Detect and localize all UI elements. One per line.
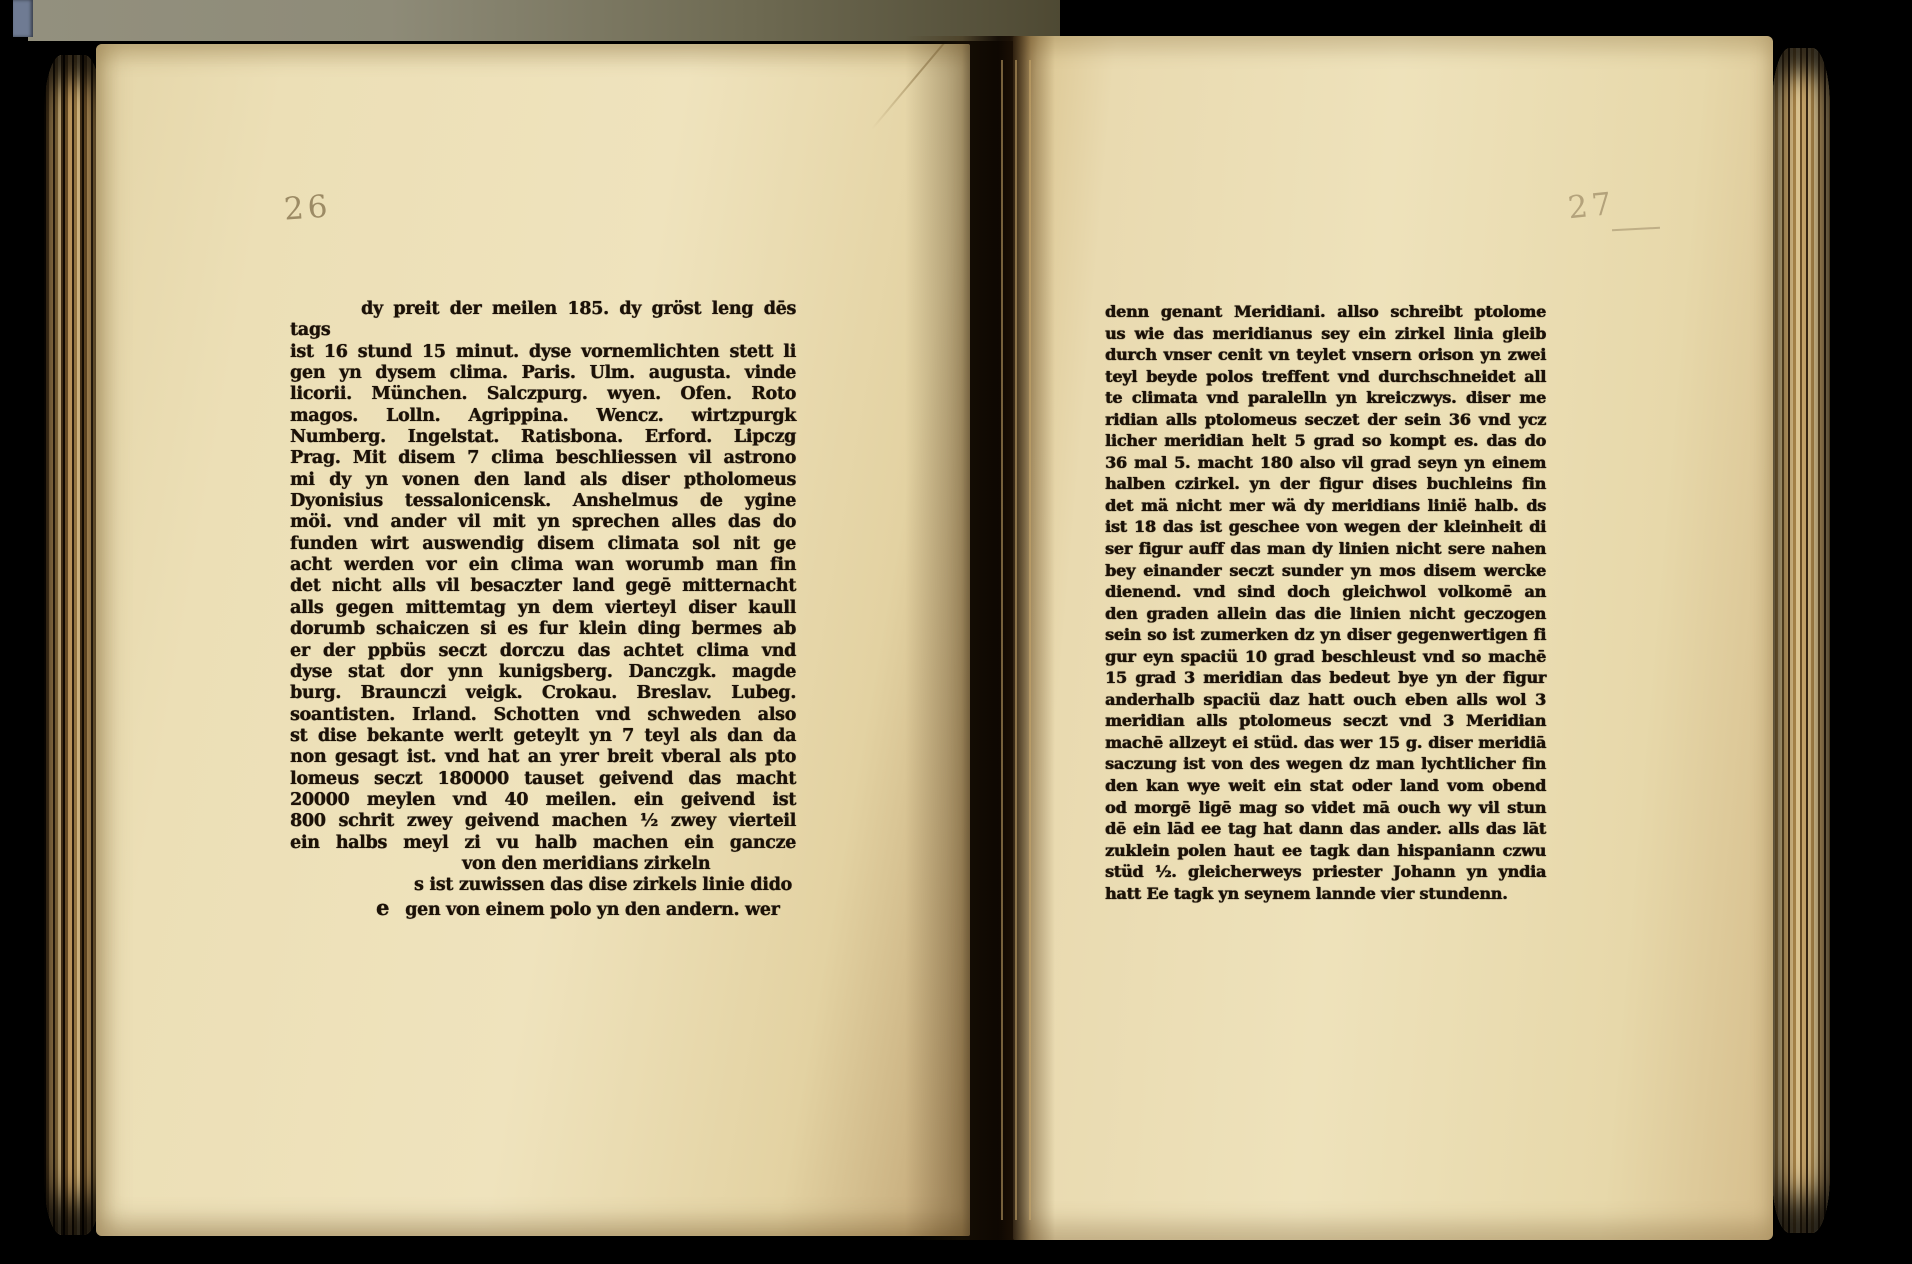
text-line: dorumb schaiczen si es fur klein ding be… (290, 619, 796, 640)
text-line: licher meridian helt 5 grad so kompt es.… (1105, 430, 1546, 452)
text-line: durch vnser cenit vn teylet vnsern oriso… (1105, 344, 1546, 366)
text-line: od morgē ligē mag so videt mā ouch wy vi… (1105, 797, 1546, 819)
right-page-text: denn genant Meridiani. allso schreibt pt… (1105, 301, 1546, 904)
text-line: den graden allein das die linien nicht g… (1105, 603, 1546, 625)
text-line: ser figur auff das man dy linien nicht s… (1105, 538, 1546, 560)
text-line: Dyonisius tessalonicensk. Anshelmus de y… (290, 491, 796, 512)
text-line: dē ein lād ee tag hat dann das ander. al… (1105, 818, 1546, 840)
text-line: anderhalb spaciü daz hatt ouch eben alls… (1105, 689, 1546, 711)
text-line: us wie das meridianus sey ein zirkel lin… (1105, 323, 1546, 345)
text-line: ein halbs meyl zi vu halb machen ein gan… (290, 833, 796, 854)
left-page-stack-edges (44, 55, 102, 1235)
table-surface-strip (28, 0, 1060, 41)
text-line: mi dy yn vonen den land als diser ptholo… (290, 470, 796, 491)
text-line: ist 16 stund 15 minut. dyse vornemlichte… (290, 342, 796, 363)
right-paragraph: denn genant Meridiani. allso schreibt pt… (1105, 301, 1546, 904)
text-line: non gesagt ist. vnd hat an yrer breit vb… (290, 747, 796, 768)
text-line: möi. vnd ander vil mit yn sprechen alles… (290, 512, 796, 533)
section-heading: von den meridians zirkeln (290, 854, 796, 875)
text-line: zuklein polen haut ee tagk dan hispanian… (1105, 840, 1546, 862)
text-line: det nicht alls vil besaczter land gegē m… (290, 576, 796, 597)
blue-edge-tab (13, 0, 33, 37)
lombard-initial: e (376, 897, 389, 918)
text-line: s ist zuwissen das dise zirkels linie di… (414, 875, 796, 896)
text-line: ridian alls ptolomeus seczet der sein 36… (1105, 409, 1546, 431)
text-line: gen yn dysem clima. Paris. Ulm. augusta.… (290, 363, 796, 384)
text-line: det mä nicht mer wä dy meridians linië h… (1105, 495, 1546, 517)
text-line: gur eyn spaciü 10 grad beschleust vnd so… (1105, 646, 1546, 668)
pencil-folio-left: 26 (283, 188, 333, 227)
text-line: lomeus seczt 180000 tauset geivend das m… (290, 769, 796, 790)
text-line: acht werden vor ein clima wan worumb man… (290, 555, 796, 576)
text-line: st dise bekante werlt geteylt yn 7 teyl … (290, 726, 796, 747)
text-line: machē allzeyt ei stüd. das wer 15 g. dis… (1105, 732, 1546, 754)
text-line: dy preit der meilen 185. dy gröst leng d… (290, 299, 796, 342)
text-line: funden wirt auswendig disem climata sol … (290, 534, 796, 555)
text-line: ist 18 das ist geschee von wegen der kle… (1105, 516, 1546, 538)
left-page-text: dy preit der meilen 185. dy gröst leng d… (290, 299, 796, 921)
text-line: Prag. Mit disem 7 clima beschliessen vil… (290, 448, 796, 469)
right-page-stack-edges (1772, 48, 1830, 1233)
text-line: egen von einem polo yn den andern. wer (376, 897, 796, 921)
text-line: halben czirkel. yn der figur dises buchl… (1105, 473, 1546, 495)
text-line: er der ppbüs seczt dorczu das achtet cli… (290, 641, 796, 662)
text-line: stüd ½. gleicherweys priester Johann yn … (1105, 861, 1546, 883)
text-line: licorii. München. Salczpurg. wyen. Ofen.… (290, 384, 796, 405)
text-line: teyl beyde polos treffent vnd durchschne… (1105, 366, 1546, 388)
gutter-fold-lines (995, 60, 1035, 1220)
text-line: 20000 meylen vnd 40 meilen. ein geivend … (290, 790, 796, 811)
text-line: saczung ist von des wegen dz man lychtli… (1105, 753, 1546, 775)
text-line: magos. Lolln. Agrippina. Wencz. wirtzpur… (290, 406, 796, 427)
text-line: denn genant Meridiani. allso schreibt pt… (1105, 301, 1546, 323)
text-line: meridian alls ptolomeus seczt vnd 3 Meri… (1105, 710, 1546, 732)
initial-line-text: gen von einem polo yn den andern. wer (405, 900, 779, 920)
book-photo: 26 27 dy preit der meilen 185. dy gröst … (0, 0, 1912, 1264)
text-line: soantisten. Irland. Schotten vnd schwede… (290, 705, 796, 726)
text-line: hatt Ee tagk yn seynem lannde vier stund… (1105, 883, 1546, 905)
text-line: Numberg. Ingelstat. Ratisbona. Erford. L… (290, 427, 796, 448)
text-line: bey einander seczt sunder yn mos disem w… (1105, 560, 1546, 582)
text-line: den kan wye weit ein stat oder land vom … (1105, 775, 1546, 797)
left-paragraph: dy preit der meilen 185. dy gröst leng d… (290, 299, 796, 854)
text-line: sein so ist zumerken dz yn diser gegenwe… (1105, 624, 1546, 646)
text-line: 15 grad 3 meridian das bedeut bye yn der… (1105, 667, 1546, 689)
text-line: alls gegen mittemtag yn dem vierteyl dis… (290, 598, 796, 619)
text-line: dyse stat dor ynn kunigsberg. Danczgk. m… (290, 662, 796, 683)
text-line: 800 schrit zwey geivend machen ½ zwey vi… (290, 811, 796, 832)
text-line: te climata vnd paralelln yn kreiczwys. d… (1105, 387, 1546, 409)
text-line: 36 mal 5. macht 180 also vil grad seyn y… (1105, 452, 1546, 474)
text-line: dienend. vnd sind doch gleichwol volkomē… (1105, 581, 1546, 603)
text-line: burg. Braunczi veigk. Crokau. Breslav. L… (290, 683, 796, 704)
pencil-folio-right: 27 (1566, 186, 1617, 227)
